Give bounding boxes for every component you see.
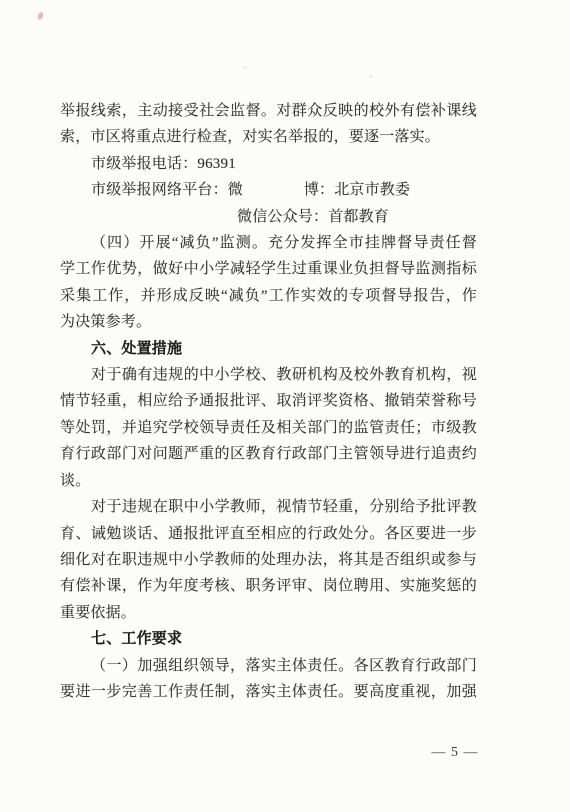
text-line: 索，市区将重点进行检查，对实名举报的，要逐一落实。 [60,124,477,150]
text-line: 要进一步完善工作责任制，落实主体责任。要高度重视，加强 [60,679,477,705]
document-text-block: 举报线索，主动接受社会监督。对群众反映的校外有偿补课线索，市区将重点进行检查，对… [60,98,477,705]
text-line: 重要依据。 [60,600,477,626]
scan-speck [369,75,373,78]
text-line: 育、诫勉谈话、通报批评直至相应的行政处分。各区要进一步 [60,521,477,547]
text-line: 细化对在职违规中小学教师的处理办法，将其是否组织或参与 [60,547,477,573]
scan-speck [243,66,247,69]
text-line: 育行政部门对问题严重的区教育行政部门主管领导进行追责约 [60,441,477,467]
red-pen-mark [37,11,44,20]
text-line: 有偿补课，作为年度考核、职务评审、岗位聘用、实施奖惩的 [60,573,477,599]
section-heading: 七、工作要求 [60,626,477,652]
text-line: 微信公众号：首都教育 [60,204,477,230]
text-line: 对于确有违规的中小学校、教研机构及校外教育机构，视 [60,362,477,388]
text-line: 谈。 [60,468,477,494]
section-heading: 六、处置措施 [60,336,477,362]
text-line: （四）开展“减负”监测。充分发挥全市挂牌督导责任督 [60,230,477,256]
page-number: — 5 — [424,743,486,763]
text-line: （一）加强组织领导，落实主体责任。各区教育行政部门 [60,653,477,679]
page: 举报线索，主动接受社会监督。对群众反映的校外有偿补课线索，市区将重点进行检查，对… [0,0,570,812]
text-line: 为决策参考。 [60,309,477,335]
text-line: 情节轻重，相应给予通报批评、取消评奖资格、撤销荣誉称号 [60,388,477,414]
text-line: 举报线索，主动接受社会监督。对群众反映的校外有偿补课线 [60,98,477,124]
text-line: 市级举报网络平台：微 博：北京市教委 [60,177,477,203]
text-line: 等处罚，并追究学校领导责任及相关部门的监管责任；市级教 [60,415,477,441]
text-line: 市级举报电话：96391 [60,151,477,177]
text-line: 采集工作，并形成反映“减负”工作实效的专项督导报告，作 [60,283,477,309]
text-line: 学工作优势，做好中小学减轻学生过重课业负担督导监测指标 [60,256,477,282]
text-line: 对于违规在职中小学教师，视情节轻重，分别给予批评教 [60,494,477,520]
